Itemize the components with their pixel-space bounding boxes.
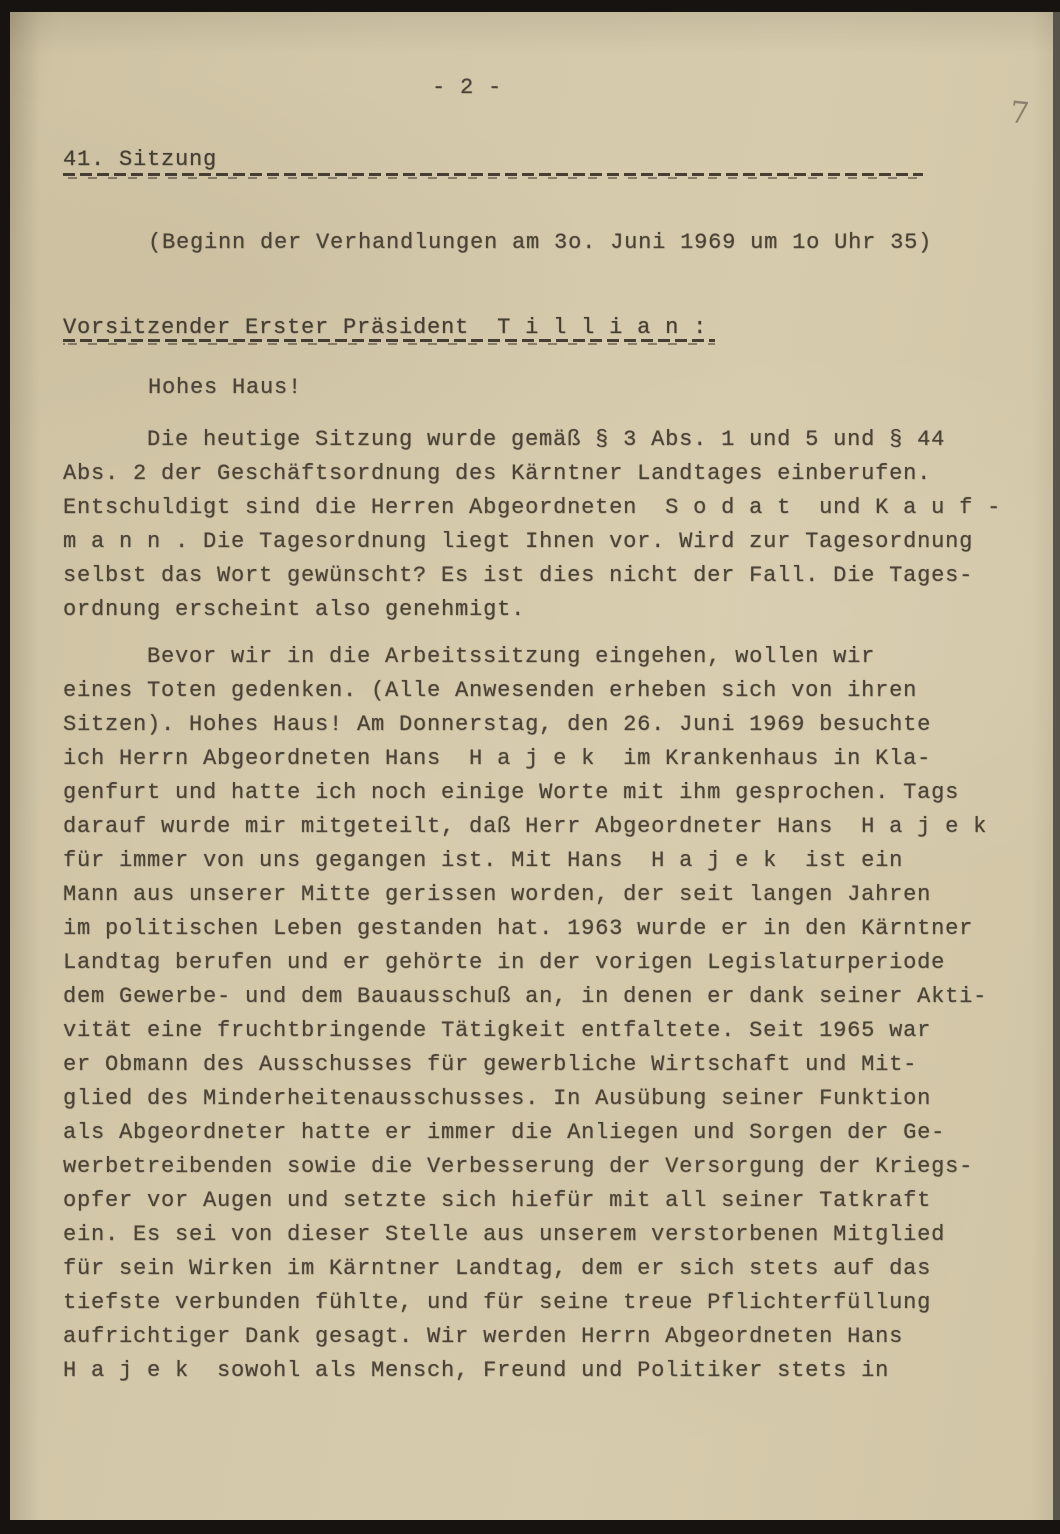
text-line: selbst das Wort gewünscht? Es ist dies n… xyxy=(63,559,1023,593)
text-line: ordnung erscheint also genehmigt. xyxy=(63,593,1023,627)
text-line: opfer vor Augen und setzte sich hiefür m… xyxy=(63,1184,1023,1218)
scanned-document-page: { "colors": { "paper": "#d4c8aa", "ink":… xyxy=(0,0,1060,1534)
text-line: für immer von uns gegangen ist. Mit Hans… xyxy=(63,844,1023,878)
text-line: Bevor wir in die Arbeitssitzung eingehen… xyxy=(63,640,1023,674)
text-line: im politischen Leben gestanden hat. 1963… xyxy=(63,912,1023,946)
text-line: m a n n . Die Tagesordnung liegt Ihnen v… xyxy=(63,525,1023,559)
text-line: für sein Wirken im Kärntner Landtag, dem… xyxy=(63,1252,1023,1286)
text-line: ich Herrn Abgeordneten Hans H a j e k im… xyxy=(63,742,1023,776)
text-line: er Obmann des Ausschusses für gewerblich… xyxy=(63,1048,1023,1082)
scan-edge-strip xyxy=(1053,12,1060,1520)
text-line: aufrichtiger Dank gesagt. Wir werden Her… xyxy=(63,1320,1023,1354)
page-number: - 2 - xyxy=(432,71,502,105)
text-line: dem Gewerbe- und dem Bauausschuß an, in … xyxy=(63,980,1023,1014)
text-line: glied des Minderheitenausschusses. In Au… xyxy=(63,1082,1023,1116)
salutation: Hohes Haus! xyxy=(148,371,302,405)
text-line: Abs. 2 der Geschäftsordnung des Kärntner… xyxy=(63,457,1023,491)
text-line: genfurt und hatte ich noch einige Worte … xyxy=(63,776,1023,810)
session-title: 41. Sitzung xyxy=(63,143,217,177)
paragraph-agenda: Die heutige Sitzung wurde gemäß § 3 Abs.… xyxy=(63,423,1023,627)
text-line: ein. Es sei von dieser Stelle aus unsere… xyxy=(63,1218,1023,1252)
text-line: als Abgeordneter hatte er immer die Anli… xyxy=(63,1116,1023,1150)
session-start-note: (Beginn der Verhandlungen am 3o. Juni 19… xyxy=(148,226,932,260)
handwritten-pencil-mark: 7 xyxy=(1008,95,1031,132)
text-line: tiefste verbunden fühlte, und für seine … xyxy=(63,1286,1023,1320)
speaker-heading-underline xyxy=(63,339,715,345)
text-line: vität eine fruchtbringende Tätigkeit ent… xyxy=(63,1014,1023,1048)
text-line: darauf wurde mir mitgeteilt, daß Herr Ab… xyxy=(63,810,1023,844)
text-line: eines Toten gedenken. (Alle Anwesenden e… xyxy=(63,674,1023,708)
paper-sheet: - 2 - 7 41. Sitzung (Beginn der Verhandl… xyxy=(10,12,1053,1520)
text-line: Entschuldigt sind die Herren Abgeordnete… xyxy=(63,491,1023,525)
text-line: werbetreibenden sowie die Verbesserung d… xyxy=(63,1150,1023,1184)
paragraph-obituary: Bevor wir in die Arbeitssitzung eingehen… xyxy=(63,640,1023,1388)
text-line: Landtag berufen und er gehörte in der vo… xyxy=(63,946,1023,980)
text-line: Mann aus unserer Mitte gerissen worden, … xyxy=(63,878,1023,912)
session-title-underline xyxy=(63,173,923,179)
text-line: H a j e k sowohl als Mensch, Freund und … xyxy=(63,1354,1023,1388)
text-line: Sitzen). Hohes Haus! Am Donnerstag, den … xyxy=(63,708,1023,742)
text-line: Die heutige Sitzung wurde gemäß § 3 Abs.… xyxy=(63,423,1023,457)
